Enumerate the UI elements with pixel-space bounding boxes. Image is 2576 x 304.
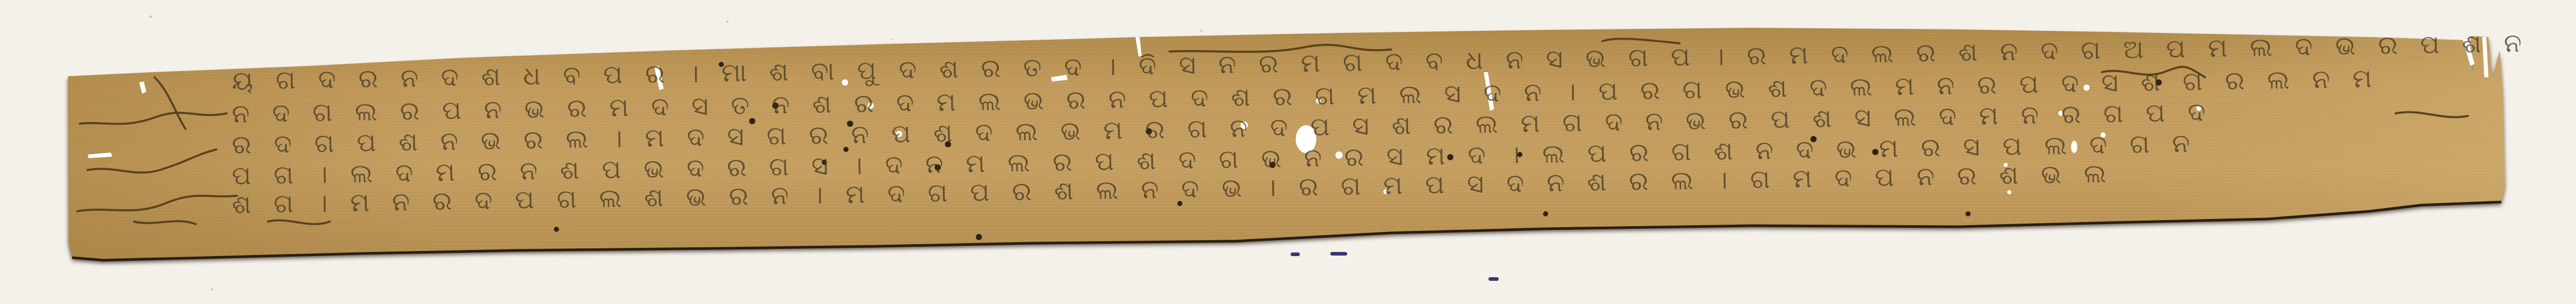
manuscript-photo: ୟ ଗ ଦ ର ନ ଦ ଶ ଧ ବ ପ ର । ମା ଶ ବା ପୁ ଦ ଶ ର… bbox=[0, 0, 2576, 304]
manuscript-text: ୟ ଗ ଦ ର ନ ଦ ଶ ଧ ବ ପ ର । ମା ଶ ବା ପୁ ଦ ଶ ର… bbox=[0, 0, 2576, 304]
blue-ink-mark bbox=[1330, 252, 1347, 256]
blue-ink-mark bbox=[1488, 277, 1499, 281]
blue-ink-mark bbox=[1291, 252, 1300, 256]
